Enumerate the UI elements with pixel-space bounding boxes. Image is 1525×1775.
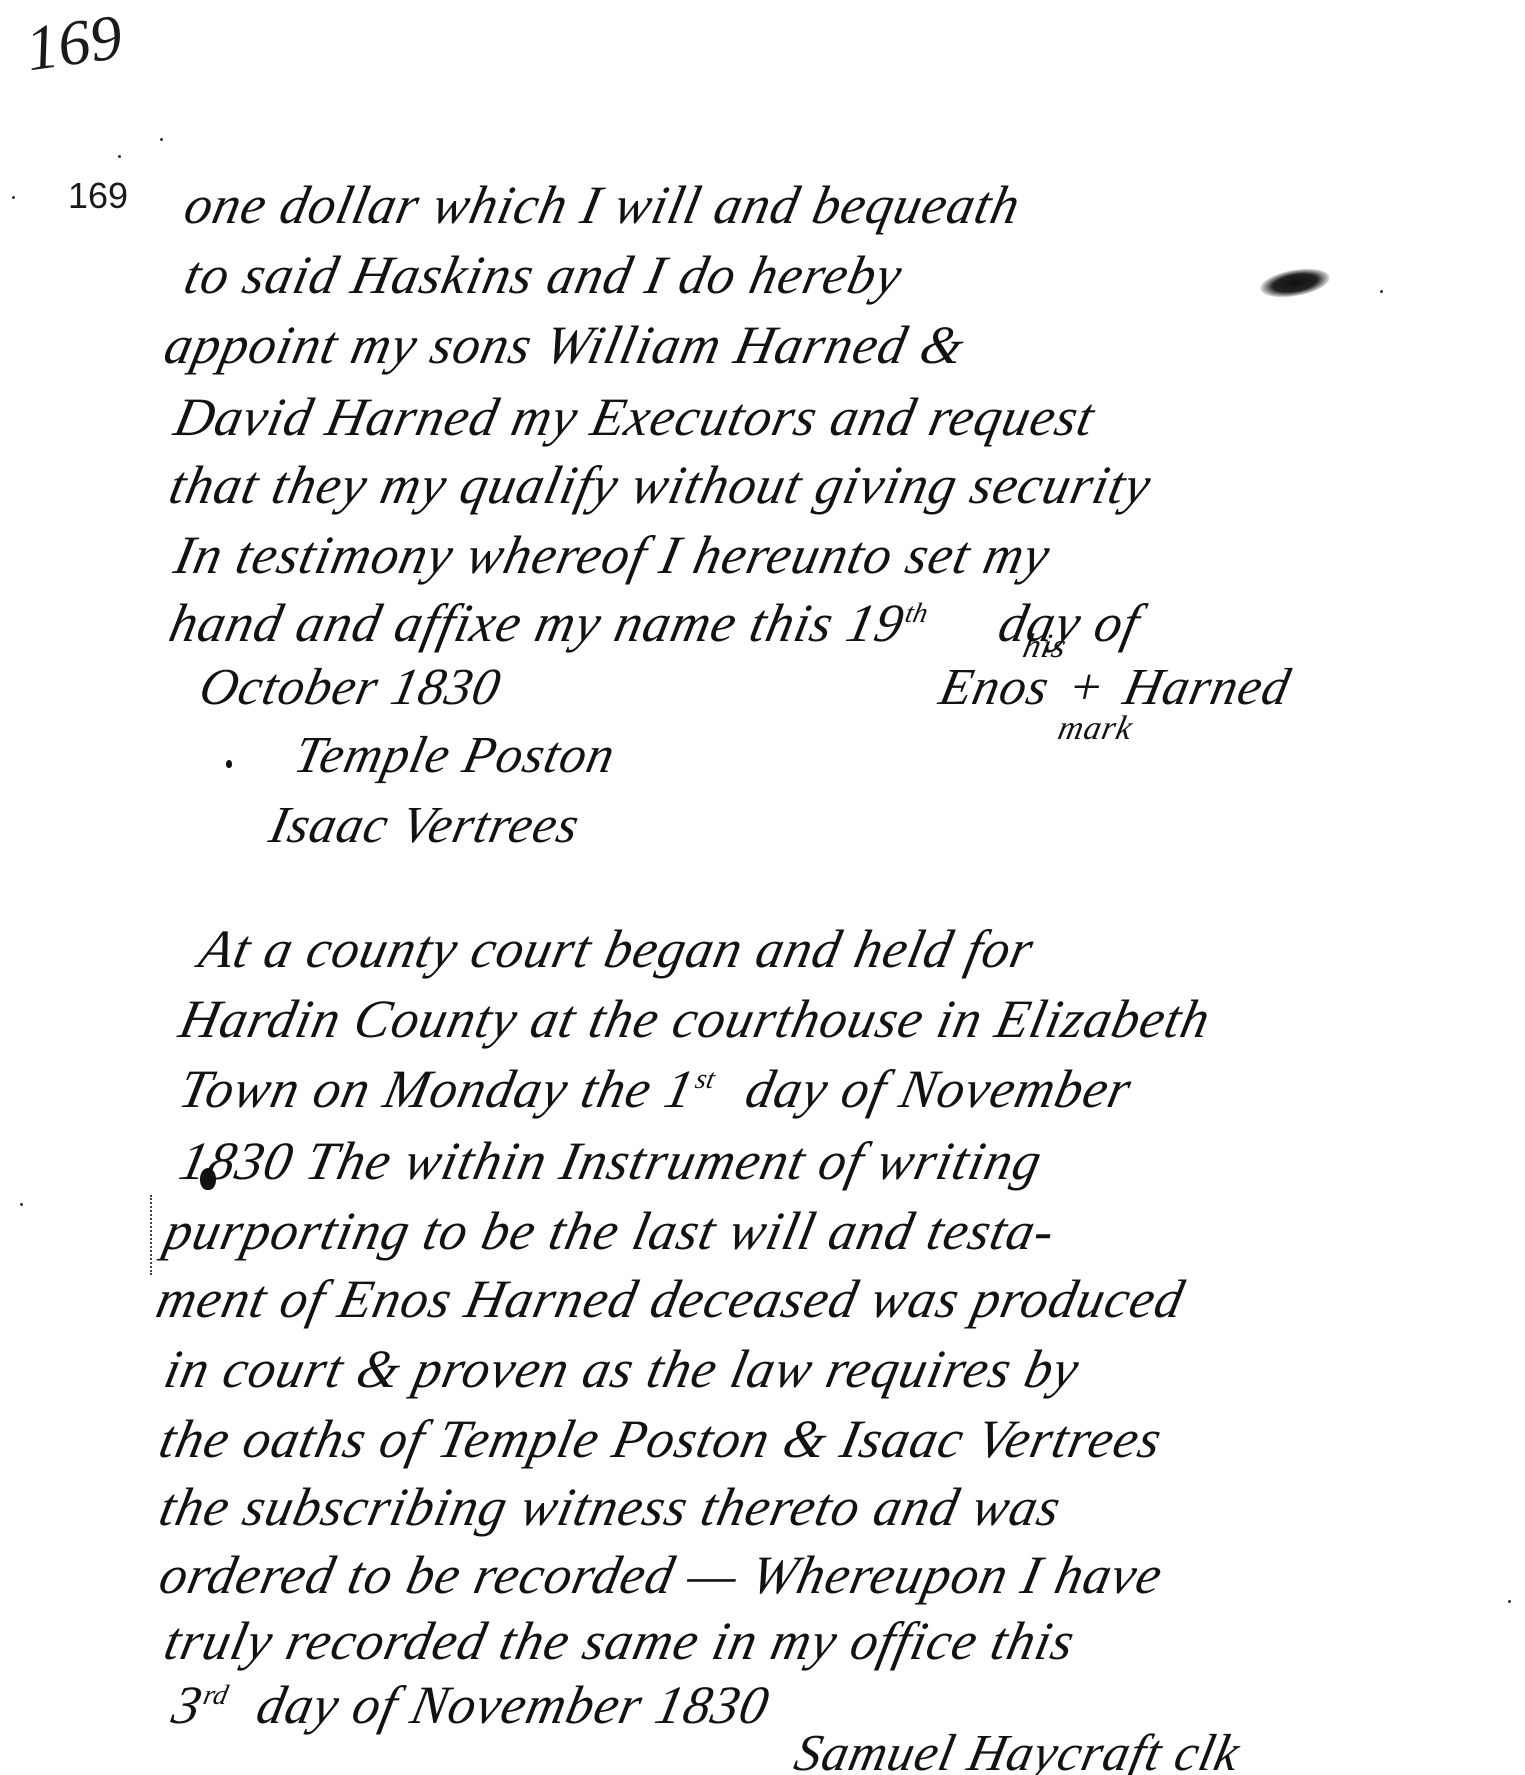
will-line-1: one dollar which I will and bequeath: [180, 178, 1025, 232]
will-line-6: In testimony whereof I hereunto set my: [170, 528, 1055, 582]
court-line-10: ordered to be recorded — Whereupon I hav…: [155, 1548, 1168, 1602]
scan-speck: [12, 196, 15, 199]
scan-speck: [1508, 1600, 1511, 1603]
testator-first-name: Enos: [935, 659, 1055, 716]
clerk-signature: Samuel Haycraft clk: [790, 1728, 1245, 1775]
court-line-3-end: day of November: [741, 1059, 1138, 1119]
witness-1: Temple Poston: [290, 730, 620, 782]
court-line-7: in court & proven as the law requires by: [160, 1342, 1084, 1396]
court-line-8: the oaths of Temple Poston & Isaac Vertr…: [155, 1412, 1167, 1466]
scan-speck: [20, 1203, 23, 1206]
testator-last-name: Harned: [1119, 659, 1296, 716]
will-line-7: hand and affixe my name this 19th day of: [165, 596, 1145, 650]
margin-page-number: 169: [68, 178, 128, 214]
will-line-7-end: day of: [994, 593, 1146, 653]
scanned-document-page: 169 169 one dollar which I will and bequ…: [0, 0, 1525, 1775]
scan-speck: [1380, 290, 1383, 293]
court-line-2: Hardin County at the courthouse in Eliza…: [175, 992, 1215, 1046]
court-line-12-end: day of November 1830: [252, 1675, 775, 1735]
will-line-2: to said Haskins and I do hereby: [180, 248, 907, 302]
folio-number: 169: [22, 5, 126, 82]
mark-label: mark: [1055, 712, 1136, 746]
court-line-12: 3rd day of November 1830: [168, 1678, 774, 1732]
court-line-6: ment of Enos Harned deceased was produce…: [152, 1272, 1189, 1326]
will-line-5: that they my qualify without giving secu…: [165, 458, 1156, 512]
will-line-3: appoint my sons William Harned &: [160, 318, 970, 372]
court-line-5: purporting to be the last will and testa…: [160, 1204, 1060, 1258]
court-line-3: Town on Monday the 1st day of November: [175, 1062, 1137, 1116]
ink-blot: [1258, 264, 1331, 302]
court-line-11: truly recorded the same in my office thi…: [160, 1614, 1080, 1668]
court-line-3-text: Town on Monday the 1: [174, 1059, 700, 1119]
will-line-7-text: hand and affixe my name this 19: [164, 593, 910, 653]
court-line-4: 1830 The within Instrument of writing: [175, 1134, 1047, 1188]
will-line-4: David Harned my Executors and request: [170, 390, 1100, 444]
court-line-1: At a county court began and held for: [195, 922, 1039, 976]
court-line-9: the subscribing witness thereto and was: [155, 1480, 1066, 1534]
witness-2: Isaac Vertrees: [265, 800, 584, 852]
scan-speck: [118, 155, 121, 158]
scan-speck: [160, 138, 163, 141]
will-date: October 1830: [195, 662, 505, 714]
ordinal-suffix: rd: [200, 1680, 230, 1711]
ink-speck: [226, 760, 232, 768]
testator-mark: +: [1063, 659, 1111, 716]
ink-blot-small: [200, 1168, 216, 1190]
testator-signature: Enos + Harned: [935, 662, 1295, 714]
margin-mark: [150, 1195, 154, 1275]
